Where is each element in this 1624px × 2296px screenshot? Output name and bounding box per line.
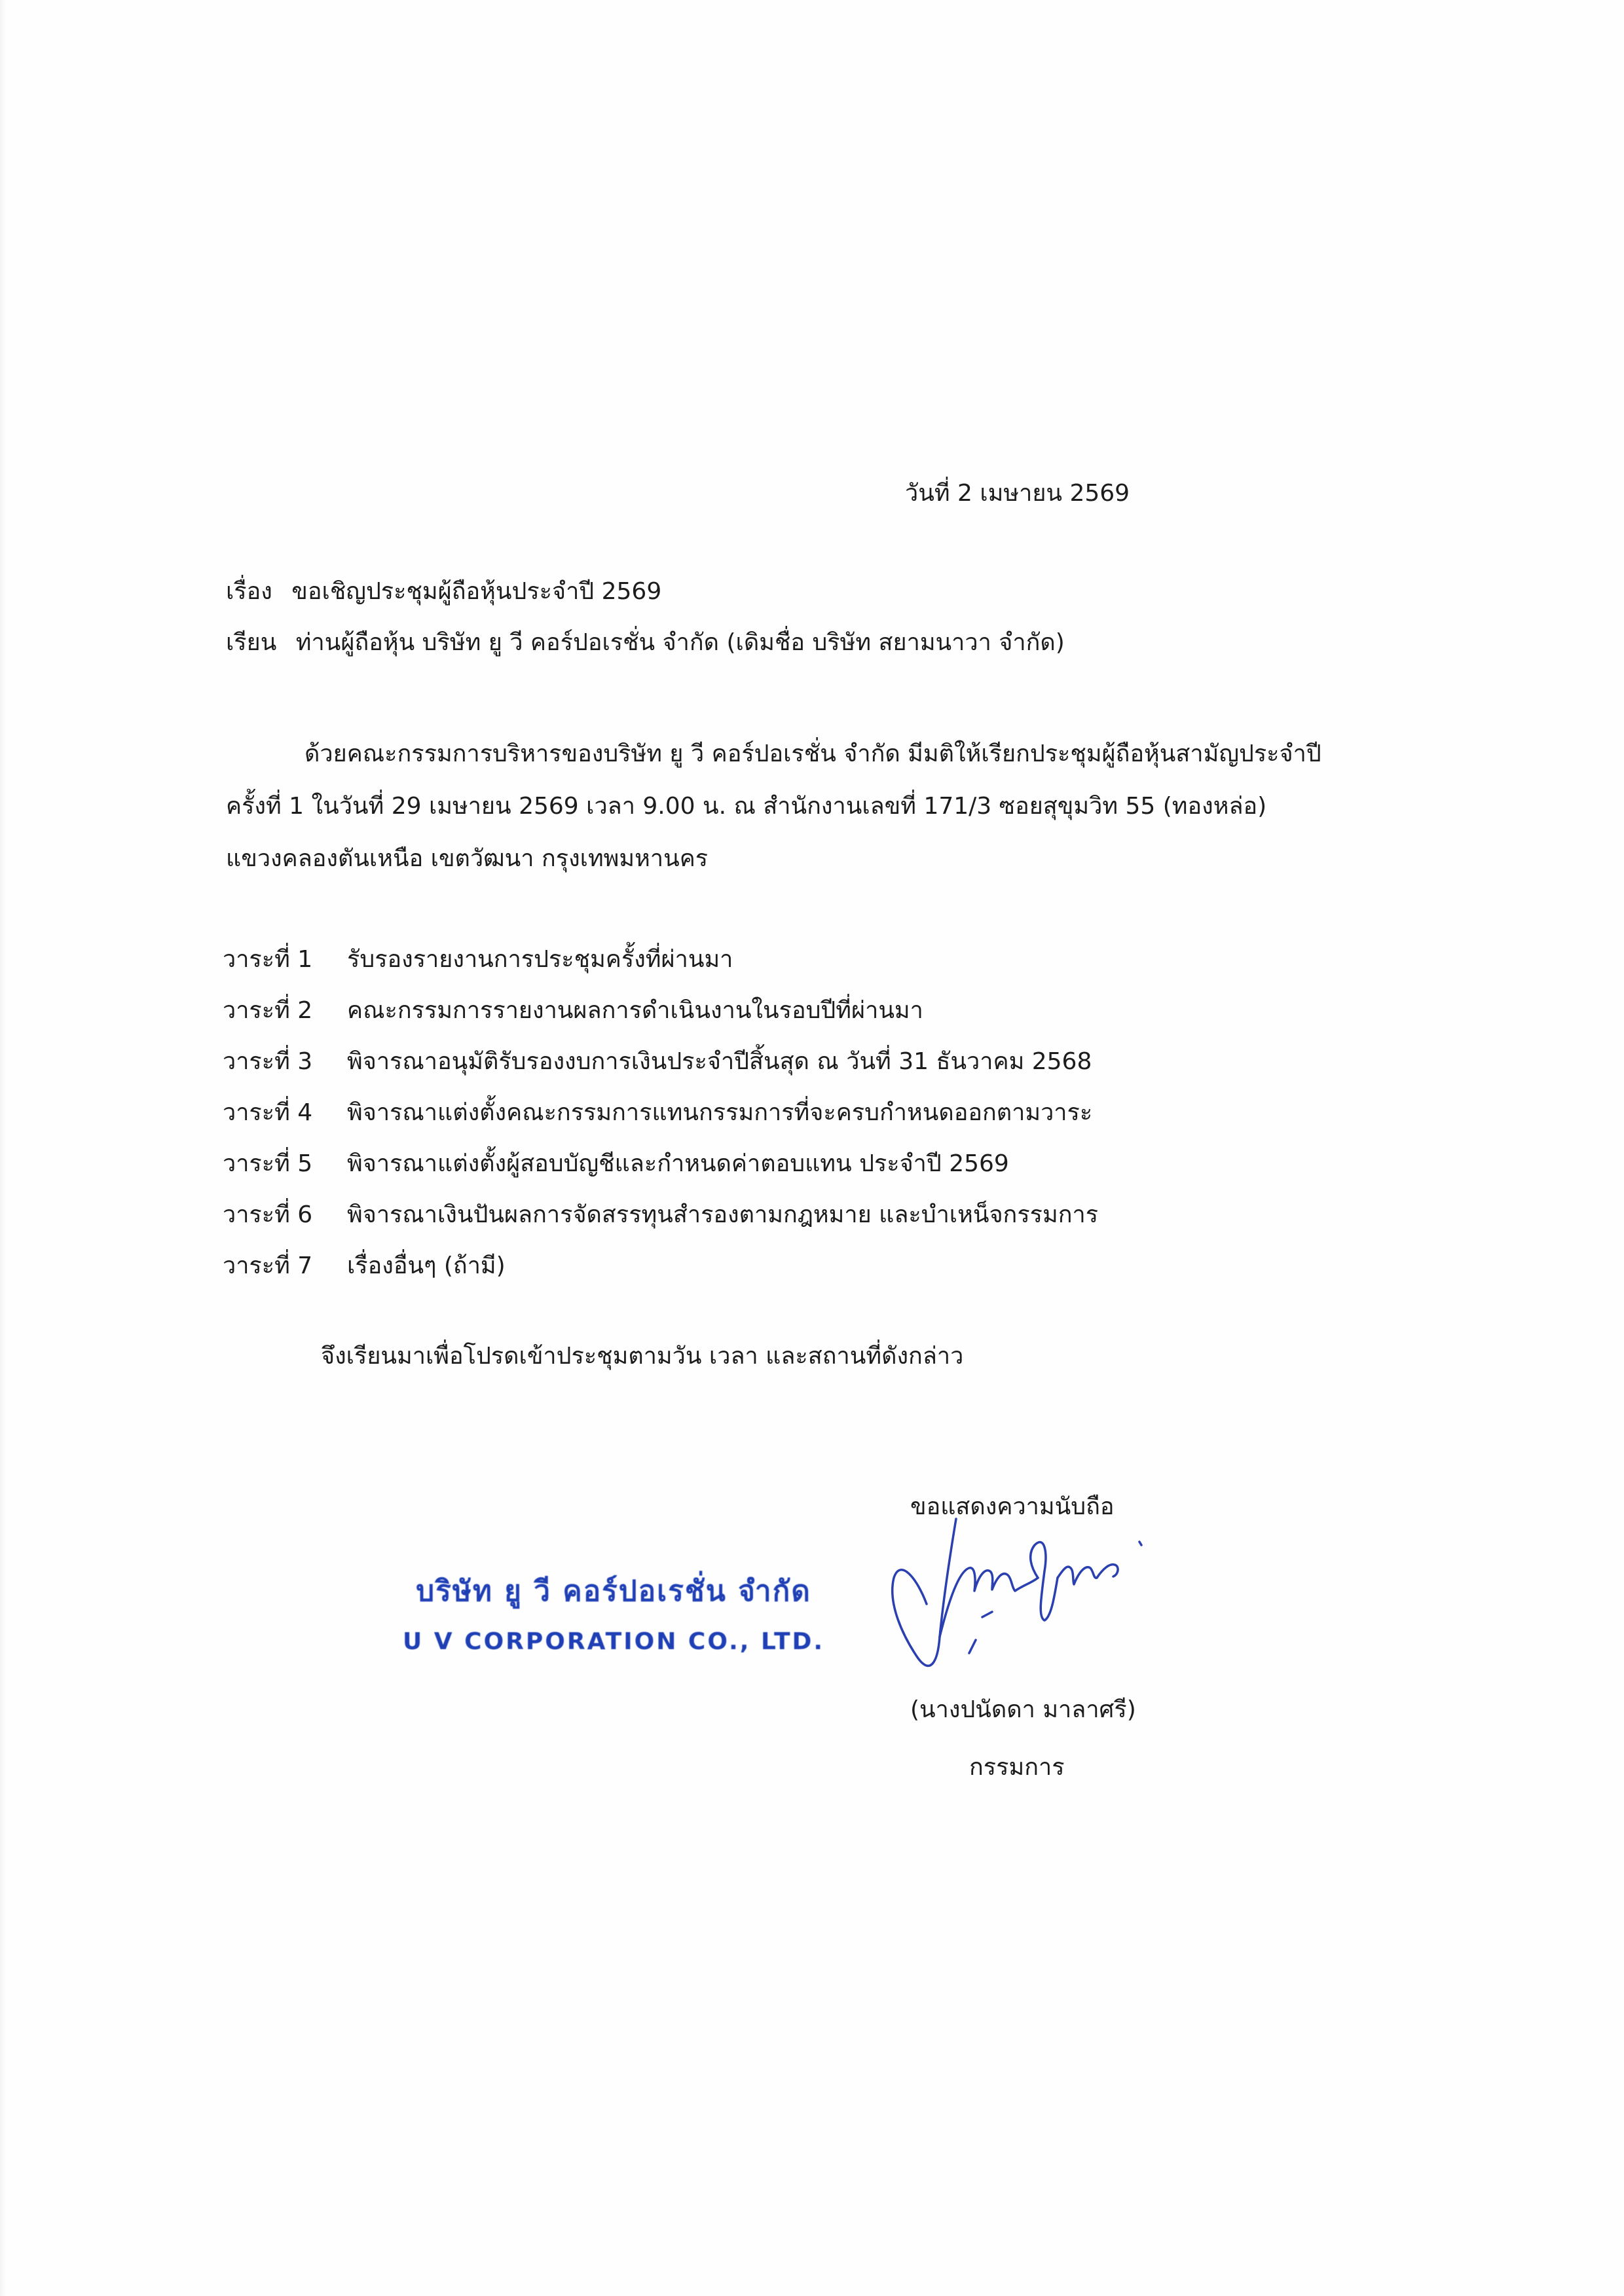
stamp-english-name: U V CORPORATION CO., LTD.	[403, 1628, 824, 1655]
signer-name: (นางปนัดดา มาลาศรี)	[910, 1696, 1136, 1724]
scan-edge	[0, 0, 7, 2296]
agenda-text: คณะกรรมการรายงานผลการดำเนินงานในรอบปีที่…	[347, 991, 923, 1029]
letter-body: ด้วยคณะกรรมการบริหารของบริษัท ยู วี คอร์…	[226, 728, 1365, 885]
stamp-thai-name: บริษัท ยู วี คอร์ปอเรชั่น จำกัด	[403, 1568, 824, 1614]
agenda-text: รับรองรายงานการประชุมครั้งที่ผ่านมา	[347, 940, 733, 977]
recipient-label: เรียน	[226, 629, 276, 657]
agenda-number: วาระที่ 4	[223, 1093, 347, 1131]
agenda-number: วาระที่ 3	[223, 1042, 347, 1080]
agenda-text: พิจารณาอนุมัติรับรองงบการเงินประจำปีสิ้น…	[347, 1042, 1092, 1080]
body-line: ครั้งที่ 1 ในวันที่ 29 เมษายน 2569 เวลา …	[226, 780, 1365, 833]
agenda-item: วาระที่ 3 พิจารณาอนุมัติรับรองงบการเงินป…	[223, 1035, 1098, 1086]
agenda-item: วาระที่ 4 พิจารณาแต่งตั้งคณะกรรมการแทนกร…	[223, 1086, 1098, 1137]
agenda-text: พิจารณาเงินปันผลการจัดสรรทุนสำรองตามกฎหม…	[347, 1195, 1098, 1233]
body-line: แขวงคลองตันเหนือ เขตวัฒนา กรุงเทพมหานคร	[226, 833, 1365, 885]
agenda-item: วาระที่ 6 พิจารณาเงินปันผลการจัดสรรทุนสำ…	[223, 1188, 1098, 1239]
letter-recipient: เรียน ท่านผู้ถือหุ้น บริษัท ยู วี คอร์ปอ…	[226, 629, 1065, 657]
subject-label: เรื่อง	[226, 577, 272, 606]
signature-icon	[877, 1506, 1192, 1689]
letter-subject: เรื่อง ขอเชิญประชุมผู้ถือหุ้นประจำปี 256…	[226, 577, 661, 606]
agenda-item: วาระที่ 7 เรื่องอื่นๆ (ถ้ามี)	[223, 1239, 1098, 1290]
agenda-text: เรื่องอื่นๆ (ถ้ามี)	[347, 1247, 506, 1284]
closing-sentence: จึงเรียนมาเพื่อโปรดเข้าประชุมตามวัน เวลา…	[321, 1342, 963, 1370]
body-line: ด้วยคณะกรรมการบริหารของบริษัท ยู วี คอร์…	[226, 728, 1365, 780]
letter-date: วันที่ 2 เมษายน 2569	[905, 479, 1130, 507]
subject-text: ขอเชิญประชุมผู้ถือหุ้นประจำปี 2569	[291, 578, 661, 605]
signer-position: กรรมการ	[969, 1753, 1065, 1781]
agenda-item: วาระที่ 2 คณะกรรมการรายงานผลการดำเนินงาน…	[223, 984, 1098, 1035]
recipient-text: ท่านผู้ถือหุ้น บริษัท ยู วี คอร์ปอเรชั่น…	[296, 629, 1065, 656]
agenda-list: วาระที่ 1 รับรองรายงานการประชุมครั้งที่ผ…	[223, 933, 1098, 1290]
letter-page: วันที่ 2 เมษายน 2569 เรื่อง ขอเชิญประชุม…	[0, 0, 1624, 2296]
agenda-text: พิจารณาแต่งตั้งคณะกรรมการแทนกรรมการที่จะ…	[347, 1093, 1092, 1131]
agenda-number: วาระที่ 1	[223, 940, 347, 977]
agenda-number: วาระที่ 7	[223, 1247, 347, 1284]
agenda-number: วาระที่ 5	[223, 1144, 347, 1182]
agenda-number: วาระที่ 6	[223, 1195, 347, 1233]
agenda-item: วาระที่ 1 รับรองรายงานการประชุมครั้งที่ผ…	[223, 933, 1098, 984]
company-stamp: บริษัท ยู วี คอร์ปอเรชั่น จำกัด U V CORP…	[403, 1568, 824, 1655]
agenda-item: วาระที่ 5 พิจารณาแต่งตั้งผู้สอบบัญชีและก…	[223, 1137, 1098, 1188]
agenda-number: วาระที่ 2	[223, 991, 347, 1029]
agenda-text: พิจารณาแต่งตั้งผู้สอบบัญชีและกำหนดค่าตอบ…	[347, 1144, 1009, 1182]
